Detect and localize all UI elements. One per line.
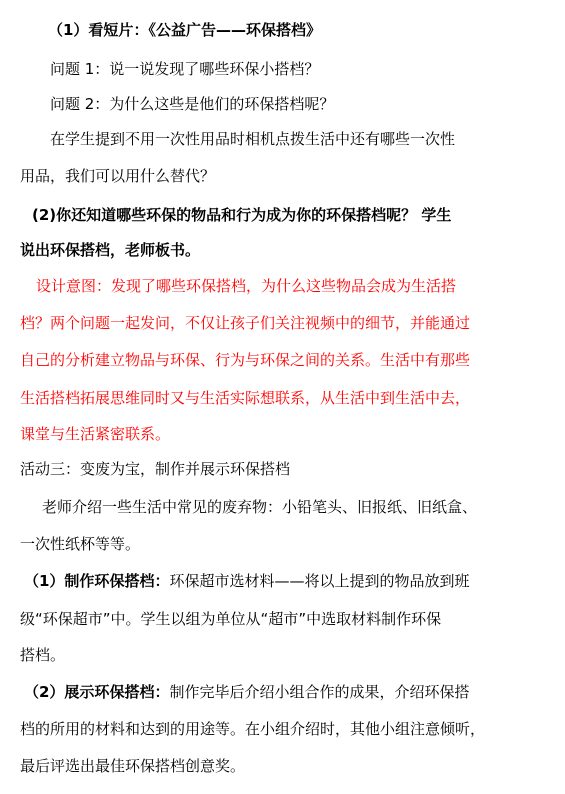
design-intent-line: 档？两个问题一起发问，不仅让孩子们关注视频中的细节，并能通过 [20,313,470,333]
question-1: 问题 1：说一说发现了哪些环保小搭档？ [50,59,319,79]
step2-line: （2）展示环保搭档：制作完毕后介绍小组合作的成果，介绍环保搭 [24,682,469,702]
step2-line: 最后评选出最佳环保搭档创意奖。 [20,756,245,776]
step1-text: 环保超市选材料——将以上提到的物品放到班 [169,572,469,590]
section1-title: （1）看短片：《公益广告——环保搭档》 [48,20,321,40]
activity3-intro-line: 一次性纸杯等等。 [20,534,140,554]
step1-line: 级“环保超市”中。学生以组为单位从“超市”中选取材料制作环保 [20,609,441,629]
step2-line: 档的所用的材料和达到的用途等。在小组介绍时，其他小组注意倾听， [20,719,485,739]
paragraph-line: 用品，我们可以用什么替代？ [20,166,215,186]
section2-line: 说出环保搭档，老师板书。 [20,240,200,260]
step2-text: 制作完毕后介绍小组合作的成果，介绍环保搭 [169,683,469,701]
paragraph-line: 在学生提到不用一次性用品时相机点拨生活中还有哪些一次性 [50,129,455,149]
design-intent-line: 自己的分析建立物品与环保、行为与环保之间的关系。生活中有那些 [20,350,470,370]
section2-line: (2)你还知道哪些环保的物品和行为成为你的环保搭档呢？ 学生 [32,205,451,225]
step2-label: （2）展示环保搭档： [24,683,169,701]
step1-line: （1）制作环保搭档：环保超市选材料——将以上提到的物品放到班 [24,571,469,591]
step1-label: （1）制作环保搭档： [24,572,169,590]
activity3-intro-line: 老师介绍一些生活中常见的废弃物：小铅笔头、旧报纸、旧纸盒、 [42,497,477,517]
design-intent-line: 设计意图：发现了哪些环保搭档，为什么这些物品会成为生活搭 [36,276,456,296]
step1-line: 搭档。 [20,645,65,665]
activity3-heading: 活动三：变废为宝，制作并展示环保搭档 [20,459,290,479]
design-intent-line: 生活搭档拓展思维同时又与生活实际想联系，从生活中到生活中去， [20,388,470,408]
question-2: 问题 2：为什么这些是他们的环保搭档呢？ [50,94,334,114]
design-intent-line: 课堂与生活紧密联系。 [20,424,170,444]
